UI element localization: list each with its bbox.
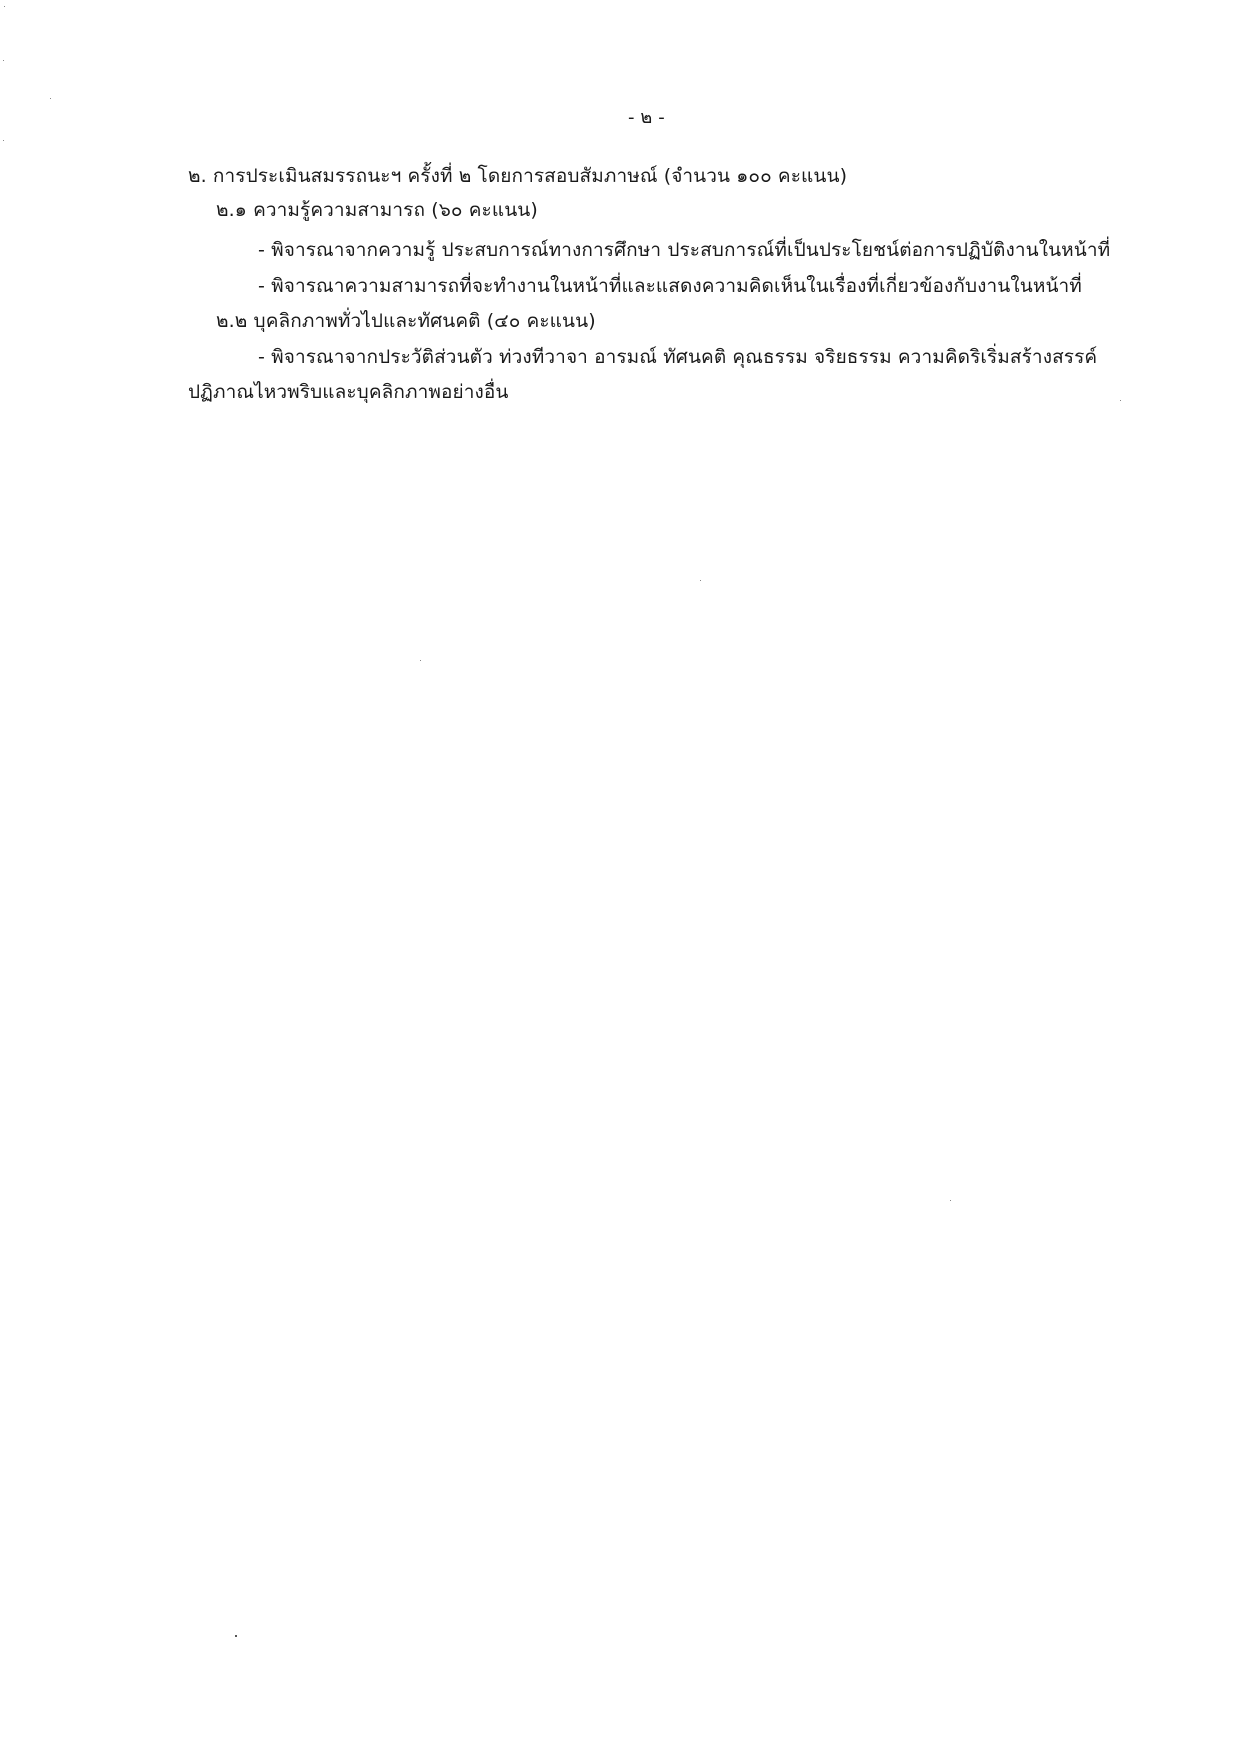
scan-speck [950, 1200, 951, 1201]
scan-speck [4, 6, 5, 7]
bullet-personal-history: - พิจารณาจากประวัติส่วนตัว ท่วงทีวาจา อา… [258, 345, 1126, 369]
scan-speck [3, 140, 4, 141]
bullet-knowledge-experience: - พิจารณาจากความรู้ ประสบการณ์ทางการศึกษ… [258, 238, 1110, 262]
scan-speck [1120, 400, 1121, 401]
bullet-personal-history-continuation: ปฏิภาณไหวพริบและบุคลิกภาพอย่างอื่น [188, 380, 509, 404]
subsection-heading-knowledge: ๒.๑ ความรู้ความสามารถ (๖๐ คะแนน) [216, 198, 538, 222]
section-heading: ๒. การประเมินสมรรถนะฯ ครั้งที่ ๒ โดยการส… [188, 164, 847, 188]
document-page: - ๒ - ๒. การประเมินสมรรถนะฯ ครั้งที่ ๒ โ… [0, 0, 1242, 1754]
scan-speck [235, 1635, 237, 1637]
scan-speck [3, 60, 4, 61]
scan-speck [700, 580, 701, 581]
bullet-ability-opinion: - พิจารณาความสามารถที่จะทำงานในหน้าที่แล… [258, 274, 1082, 298]
scan-speck [420, 660, 421, 661]
page-number: - ๒ - [628, 106, 665, 130]
subsection-heading-personality: ๒.๒ บุคลิกภาพทั่วไปและทัศนคติ (๔๐ คะแนน) [216, 309, 596, 333]
scan-speck [50, 98, 51, 99]
